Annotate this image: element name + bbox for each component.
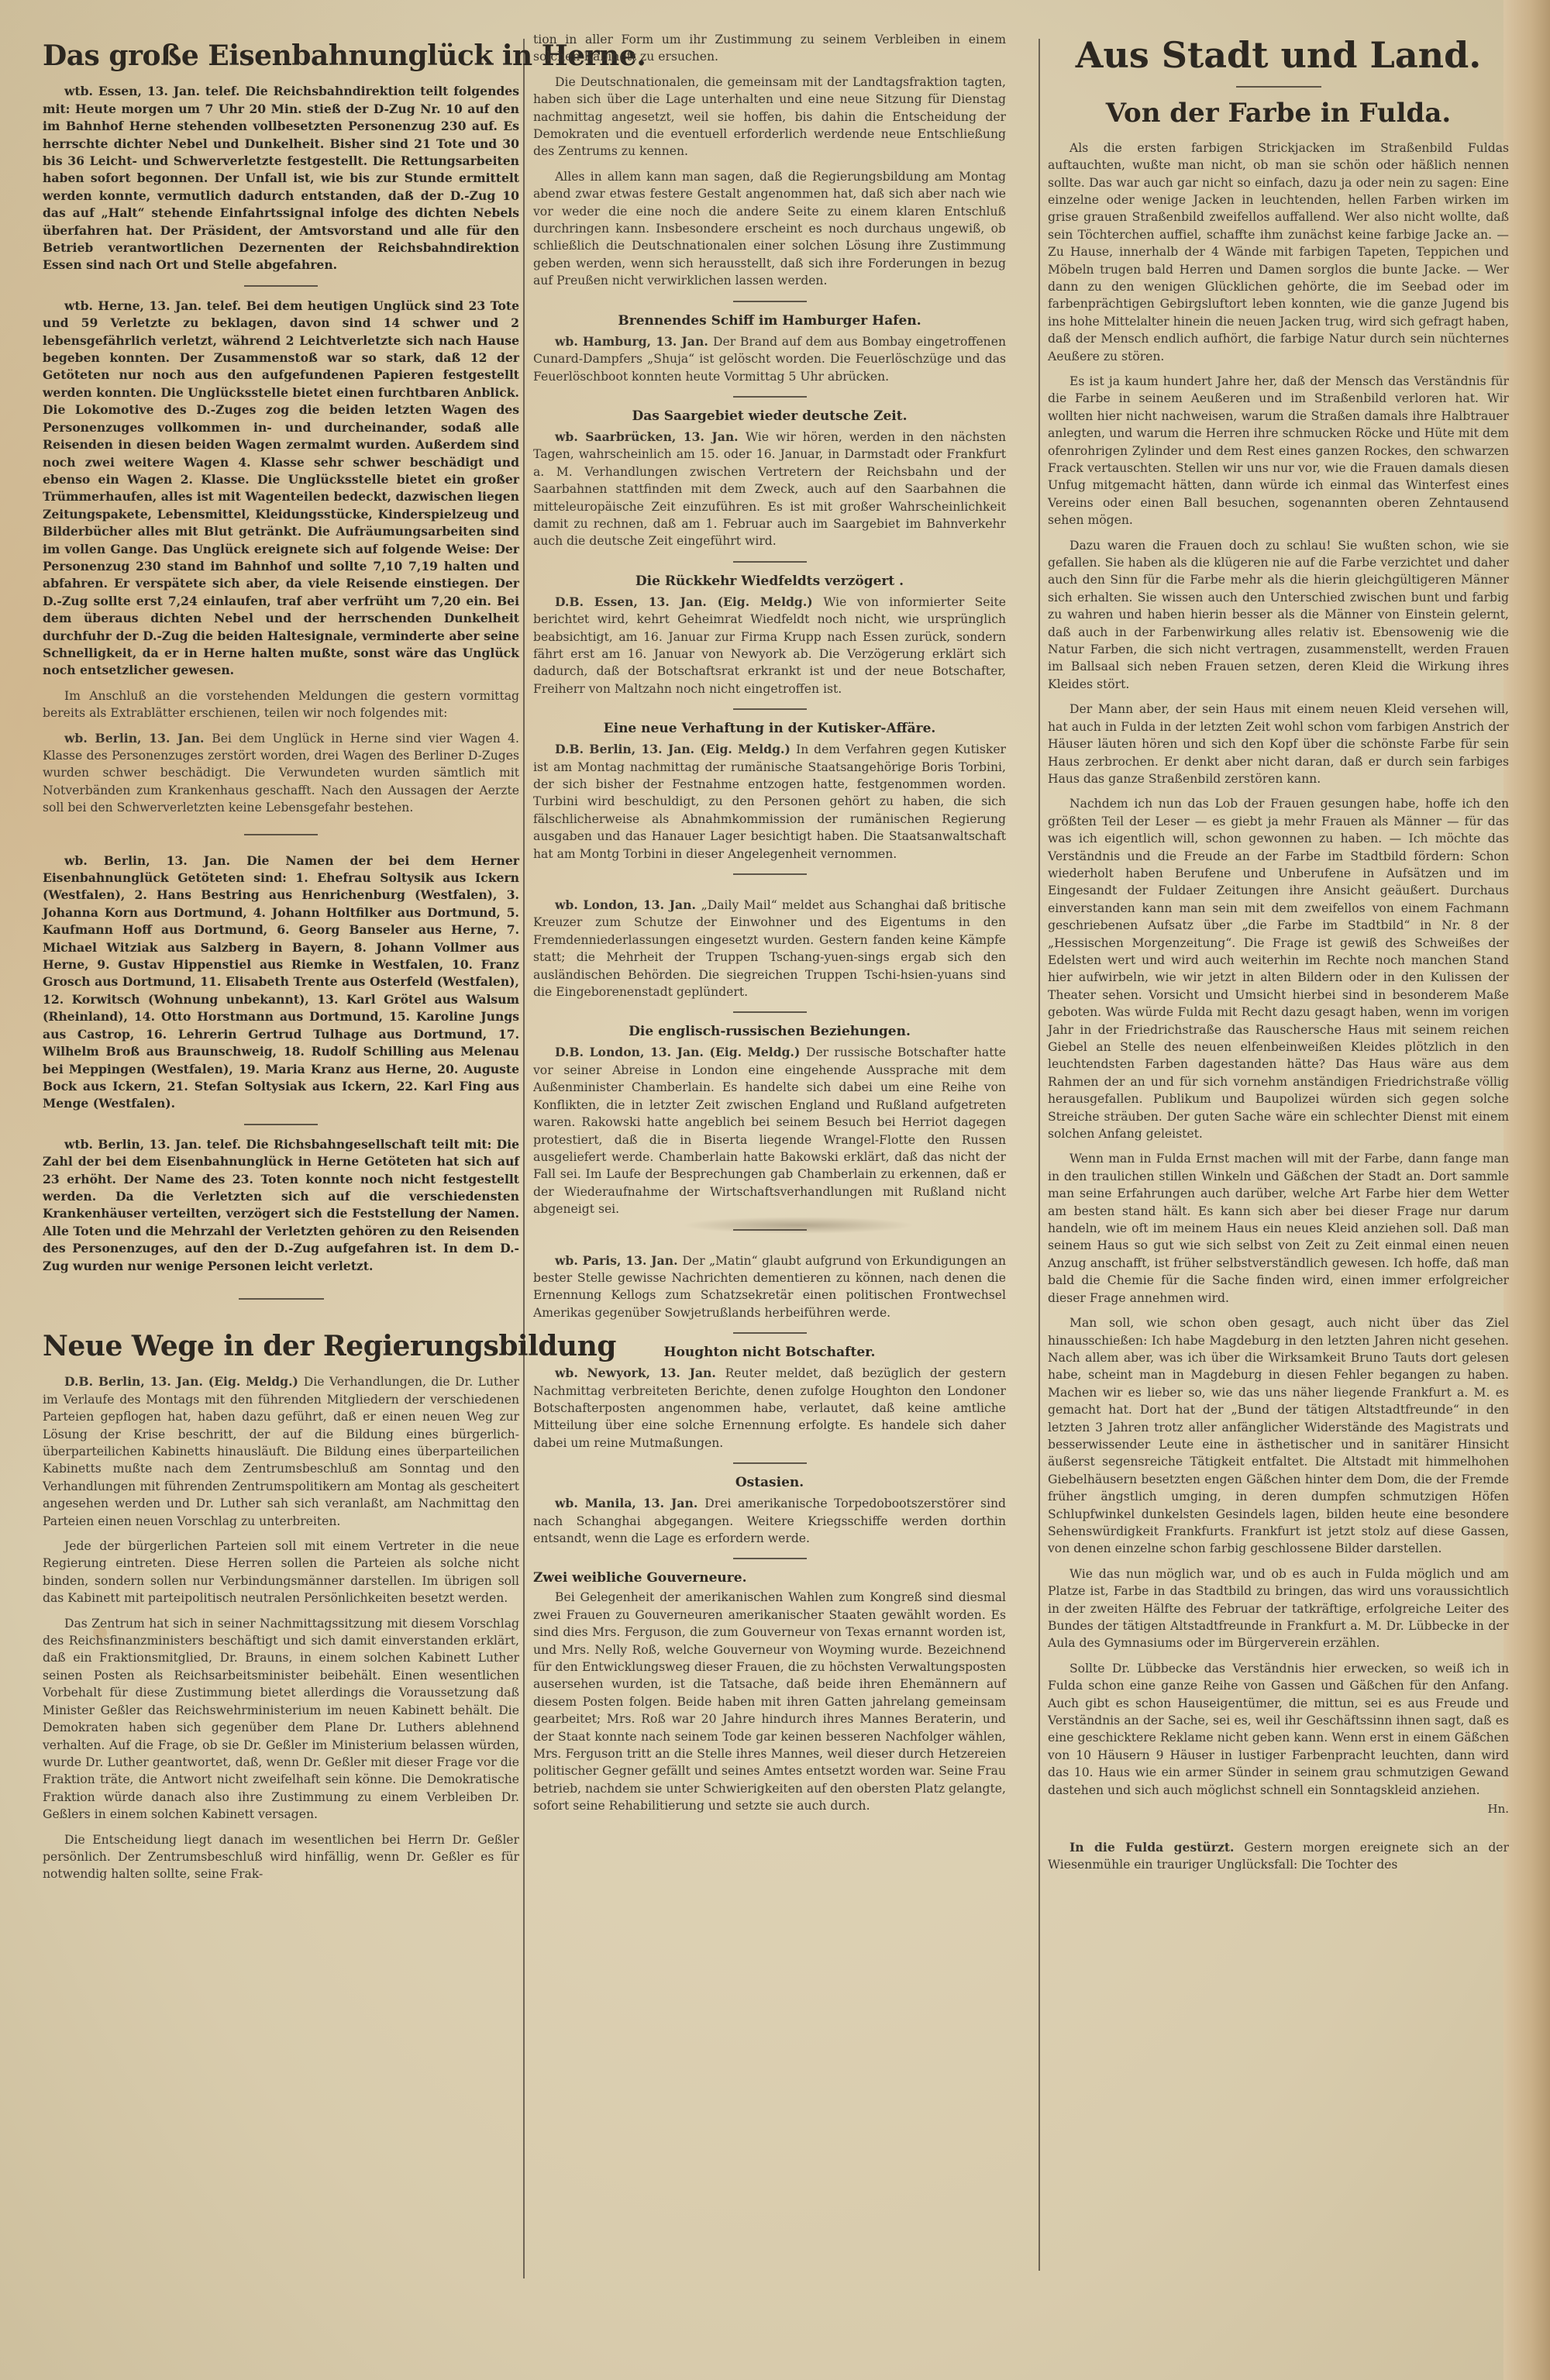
section-article: D.B. Berlin, 13. Jan. (Eig. Meldg.) In d… xyxy=(533,741,1006,863)
middle-continuation: tion in aller Form um ihr Zustimmung zu … xyxy=(533,31,1006,290)
section-article: wb. London, 13. Jan. „Daily Mail“ meldet… xyxy=(533,897,1006,1001)
continuation-paragraph: Die Deutschnationalen, die gemeinsam mit… xyxy=(533,74,1006,160)
section-article: wb. Paris, 13. Jan. Der „Matin“ glaubt a… xyxy=(533,1252,1006,1322)
separator xyxy=(733,873,807,875)
dateline: wtb. Berlin, 13. Jan. telef. xyxy=(64,1137,246,1152)
author-signature: Hn. xyxy=(1048,1802,1509,1816)
separator xyxy=(239,1298,324,1300)
separator xyxy=(733,396,807,398)
fulda-paragraph: Nachdem ich nun das Lob der Frauen gesun… xyxy=(1048,795,1509,1142)
fulda-paragraph: Sollte Dr. Lübbecke das Verständnis hier… xyxy=(1048,1660,1509,1799)
dateline: wb. Hamburg, 13. Jan. xyxy=(555,334,713,349)
fulda-paragraph: Wenn man in Fulda Ernst machen will mit … xyxy=(1048,1150,1509,1307)
section-headline: Die Rückkehr Wiedfeldts verzögert . xyxy=(533,573,1006,589)
article-text: Wie von informierter Seite berichtet wir… xyxy=(533,595,1006,696)
dateline: D.B. London, 13. Jan. (Eig. Meldg.) xyxy=(555,1045,806,1059)
right-column: Aus Stadt und Land. Von der Farbe in Ful… xyxy=(1048,31,1509,1882)
section-article: D.B. Essen, 13. Jan. (Eig. Meldg.) Wie v… xyxy=(533,594,1006,697)
regierung-article: Die Entscheidung liegt danach im wesentl… xyxy=(43,1831,519,1883)
article-text: Im Anschluß an die vorstehenden Meldunge… xyxy=(43,689,519,720)
left-article: wb. Berlin, 13. Jan. Bei dem Unglück in … xyxy=(43,730,519,817)
left-article: wtb. Essen, 13. Jan. telef. Die Reichsba… xyxy=(43,83,519,274)
section-headline: Brennendes Schiff im Hamburger Hafen. xyxy=(533,313,1006,329)
section-headline: Das Saargebiet wieder deutsche Zeit. xyxy=(533,408,1006,424)
fulda-paragraph: Dazu waren die Frauen doch zu schlau! Si… xyxy=(1048,537,1509,694)
dateline: wtb. Essen, 13. Jan. telef. xyxy=(64,84,245,98)
column-rule-2 xyxy=(1038,39,1040,2271)
dateline: wb. Newyork, 13. Jan. xyxy=(555,1366,725,1380)
left-second-articles: D.B. Berlin, 13. Jan. (Eig. Meldg.) Die … xyxy=(43,1373,519,1882)
article-text: Bei dem heutigen Unglück sind 23 Tote un… xyxy=(43,298,519,678)
dateline: D.B. Berlin, 13. Jan. (Eig. Meldg.) xyxy=(555,742,796,756)
separator xyxy=(244,1124,318,1125)
section-headline: Eine neue Verhaftung in der Kutisker-Aff… xyxy=(533,721,1006,736)
separator xyxy=(1236,86,1321,88)
separator xyxy=(244,285,318,287)
dateline: wb. Berlin, 13. Jan. xyxy=(64,731,212,746)
main-headline: Das große Eisenbahnunglück in Herne. xyxy=(43,40,519,72)
separator xyxy=(733,1229,807,1231)
article-text: Jede der bürgerlichen Parteien soll mit … xyxy=(43,1539,519,1605)
left-article: wtb. Berlin, 13. Jan. telef. Die Richsba… xyxy=(43,1136,519,1275)
fulda-paragraph: Man soll, wie schon oben gesagt, auch ni… xyxy=(1048,1314,1509,1558)
continuation-paragraph: Alles in allem kann man sagen, daß die R… xyxy=(533,168,1006,290)
dateline: wb. London, 13. Jan. xyxy=(555,897,701,912)
fulda-paragraph: Wie das nun möglich war, und ob es auch … xyxy=(1048,1565,1509,1652)
dateline: wb. Saarbrücken, 13. Jan. xyxy=(555,429,746,444)
section-headline: Houghton nicht Botschafter. xyxy=(533,1345,1006,1360)
section-article: wb. Hamburg, 13. Jan. Der Brand auf dem … xyxy=(533,333,1006,385)
dateline: wb. Paris, 13. Jan. xyxy=(555,1253,682,1268)
separator xyxy=(733,1558,807,1559)
fulda-paragraph: Als die ersten farbigen Strickjacken im … xyxy=(1048,139,1509,365)
article-text: Die Entscheidung liegt danach im wesentl… xyxy=(43,1833,519,1882)
article-text: Das Zentrum hat sich in seiner Nachmitta… xyxy=(43,1617,519,1821)
section-title: Aus Stadt und Land. xyxy=(1048,36,1509,75)
left-column: Das große Eisenbahnunglück in Herne. wtb… xyxy=(43,31,519,1891)
article-text: Wie wir hören, werden in den nächsten Ta… xyxy=(533,430,1006,548)
separator xyxy=(733,1332,807,1334)
separator xyxy=(733,708,807,710)
continuation-paragraph: tion in aller Form um ihr Zustimmung zu … xyxy=(533,31,1006,66)
article-text: Der russische Botschafter hatte vor sein… xyxy=(533,1045,1006,1216)
middle-sections: Brennendes Schiff im Hamburger Hafen.wb.… xyxy=(533,301,1006,1560)
dateline: D.B. Berlin, 13. Jan. (Eig. Meldg.) xyxy=(64,1374,304,1389)
section-headline: Ostasien. xyxy=(533,1475,1006,1490)
section-headline: Die englisch-russischen Beziehungen. xyxy=(533,1024,1006,1039)
article-headline: Von der Farbe in Fulda. xyxy=(1048,98,1509,129)
article-text: In dem Verfahren gegen Kutisker ist am M… xyxy=(533,742,1006,860)
separator xyxy=(733,1462,807,1464)
separator xyxy=(733,1011,807,1013)
left-articles: wtb. Essen, 13. Jan. telef. Die Reichsba… xyxy=(43,83,519,1275)
regierung-article: D.B. Berlin, 13. Jan. (Eig. Meldg.) Die … xyxy=(43,1373,519,1530)
newspaper-page: Das große Eisenbahnunglück in Herne. wtb… xyxy=(0,0,1550,2380)
fulda-item: In die Fulda gestürzt. Gestern morgen er… xyxy=(1048,1839,1509,1874)
article-text: Die Verhandlungen, die Dr. Luther im Ver… xyxy=(43,1375,519,1528)
fulda-item-headline: In die Fulda gestürzt. xyxy=(1069,1840,1234,1855)
section-article: D.B. London, 13. Jan. (Eig. Meldg.) Der … xyxy=(533,1044,1006,1218)
article-text: Die Namen der bei dem Herner Eisenbahnun… xyxy=(43,853,519,1111)
dateline: D.B. Essen, 13. Jan. (Eig. Meldg.) xyxy=(555,594,823,609)
page-edge-shadow xyxy=(1503,0,1550,2380)
separator xyxy=(733,561,807,563)
left-article: wtb. Herne, 13. Jan. telef. Bei dem heut… xyxy=(43,298,519,680)
gouverneure-text: Bei Gelegenheit der amerikanischen Wahle… xyxy=(533,1589,1006,1814)
left-article: wb. Berlin, 13. Jan. Die Namen der bei d… xyxy=(43,852,519,1113)
dateline: wtb. Herne, 13. Jan. telef. xyxy=(64,298,246,313)
section-article: wb. Manila, 13. Jan. Drei amerikanische … xyxy=(533,1495,1006,1547)
separator xyxy=(733,301,807,302)
article-text: Die Richsbahngesellschaft teilt mit: Die… xyxy=(43,1137,519,1273)
dateline: wb. Manila, 13. Jan. xyxy=(555,1496,704,1510)
gouverneure-headline: Zwei weibliche Gouverneure. xyxy=(533,1570,1006,1586)
fulda-paragraph: Es ist ja kaum hundert Jahre her, daß de… xyxy=(1048,373,1509,529)
right-paragraphs: Als die ersten farbigen Strickjacken im … xyxy=(1048,139,1509,1799)
fulda-paragraph: Der Mann aber, der sein Haus mit einem n… xyxy=(1048,701,1509,787)
left-article: Im Anschluß an die vorstehenden Meldunge… xyxy=(43,687,519,722)
regierung-article: Jede der bürgerlichen Parteien soll mit … xyxy=(43,1538,519,1607)
section-article: wb. Saarbrücken, 13. Jan. Wie wir hören,… xyxy=(533,429,1006,550)
second-headline: Neue Wege in der Regierungsbildung xyxy=(43,1331,519,1362)
article-text: „Daily Mail“ meldet aus Schanghai daß br… xyxy=(533,898,1006,999)
separator xyxy=(244,834,318,835)
article-text: Die Reichsbahndirektion teilt folgendes … xyxy=(43,84,519,272)
section-article: wb. Newyork, 13. Jan. Reuter meldet, daß… xyxy=(533,1365,1006,1452)
middle-column: tion in aller Form um ihr Zustimmung zu … xyxy=(533,31,1006,1823)
dateline: wb. Berlin, 13. Jan. xyxy=(64,853,246,868)
regierung-article: Das Zentrum hat sich in seiner Nachmitta… xyxy=(43,1615,519,1824)
column-rule-1 xyxy=(523,39,525,2278)
